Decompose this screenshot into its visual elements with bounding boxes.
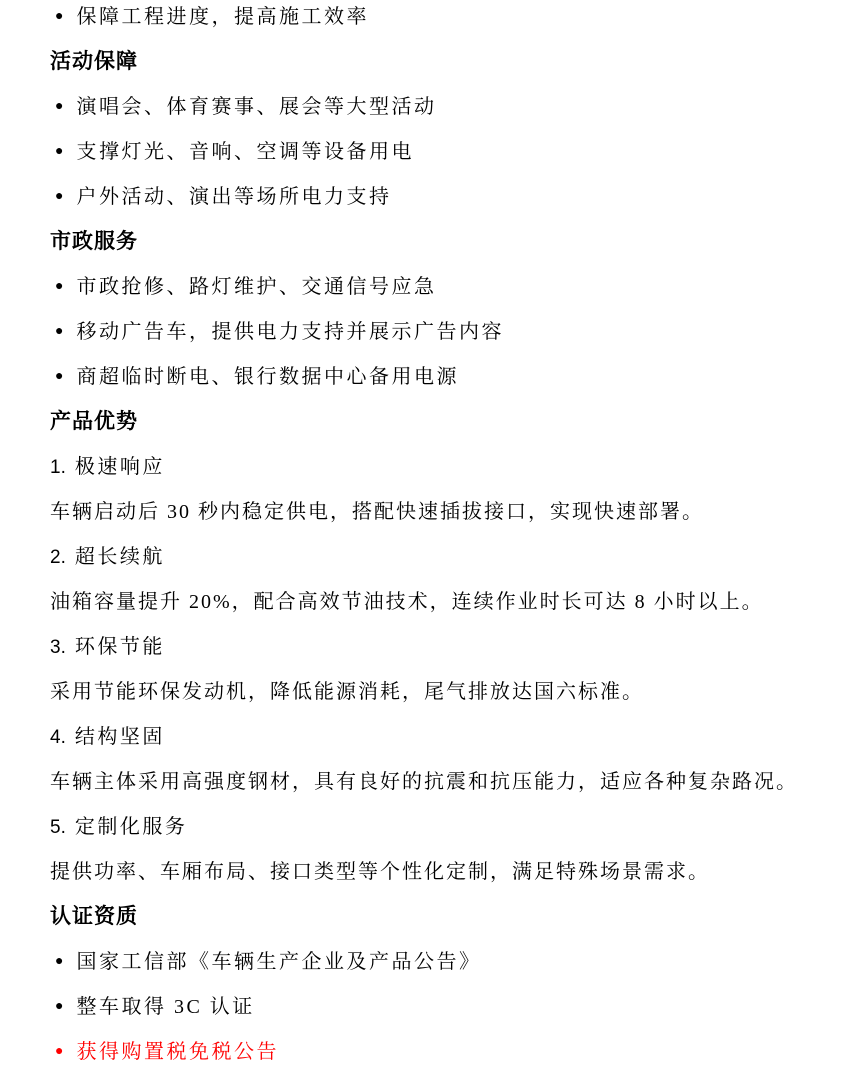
advantage-item-desc: 车辆主体采用高强度钢材，具有良好的抗震和抗压能力，适应各种复杂路况。 [50,771,820,793]
list-item-text: 商超临时断电、银行数据中心备用电源 [76,366,459,388]
advantage-item-title: 2.超长续航 [50,546,820,568]
bullet-icon: ● [55,276,63,298]
list-item-text: 市政抢修、路灯维护、交通信号应急 [76,276,436,298]
bullet-icon: ● [55,366,63,388]
list-item-text: 保障工程进度，提高施工效率 [76,6,369,28]
advantage-number: 3. [50,637,66,658]
advantage-title-text: 结构坚固 [75,726,165,748]
bullet-icon: ● [55,186,63,208]
advantage-item-desc: 提供功率、车厢布局、接口类型等个性化定制，满足特殊场景需求。 [50,861,820,883]
cert-list-item: ● 整车取得 3C 认证 [50,996,820,1018]
heading-event-support: 活动保障 [50,51,820,73]
bullet-icon: ● [55,96,63,118]
cert-item-text: 整车取得 3C 认证 [76,996,254,1018]
advantage-item-desc: 车辆启动后 30 秒内稳定供电，搭配快速插拔接口，实现快速部署。 [50,501,820,523]
bullet-icon: ● [55,996,63,1018]
list-item: ● 演唱会、体育赛事、展会等大型活动 [50,96,820,118]
heading-municipal-services: 市政服务 [50,231,820,253]
bullet-icon: ● [55,1041,63,1063]
list-item: ● 市政抢修、路灯维护、交通信号应急 [50,276,820,298]
list-item-text: 移动广告车，提供电力支持并展示广告内容 [76,321,504,343]
advantage-item-title: 5.定制化服务 [50,816,820,838]
list-item: ● 户外活动、演出等场所电力支持 [50,186,820,208]
cert-item-text: 国家工信部《车辆生产企业及产品公告》 [76,951,481,973]
list-item: ● 商超临时断电、银行数据中心备用电源 [50,366,820,388]
bullet-icon: ● [55,6,63,28]
document-page: ● 保障工程进度，提高施工效率 活动保障 ● 演唱会、体育赛事、展会等大型活动 … [0,0,860,1074]
cert-list-item: ● 国家工信部《车辆生产企业及产品公告》 [50,951,820,973]
list-item-text: 户外活动、演出等场所电力支持 [76,186,391,208]
advantage-number: 5. [50,817,66,838]
list-item: ● 保障工程进度，提高施工效率 [50,6,820,28]
advantage-item-desc: 采用节能环保发动机，降低能源消耗，尾气排放达国六标准。 [50,681,820,703]
list-item: ● 支撑灯光、音响、空调等设备用电 [50,141,820,163]
heading-certifications: 认证资质 [50,906,820,928]
advantage-number: 4. [50,727,66,748]
advantage-item-title: 4.结构坚固 [50,726,820,748]
advantage-title-text: 超长续航 [75,546,165,568]
advantage-number: 1. [50,457,66,478]
bullet-icon: ● [55,141,63,163]
bullet-icon: ● [55,321,63,343]
advantage-title-text: 定制化服务 [75,816,188,838]
bullet-icon: ● [55,951,63,973]
advantage-number: 2. [50,547,66,568]
list-item-text: 演唱会、体育赛事、展会等大型活动 [76,96,436,118]
cert-list-item-tax-exemption: ● 获得购置税免税公告 [50,1041,820,1063]
advantage-item-title: 3.环保节能 [50,636,820,658]
advantage-title-text: 环保节能 [75,636,165,658]
advantage-item-title: 1.极速响应 [50,456,820,478]
cert-item-text: 获得购置税免税公告 [76,1041,279,1063]
list-item-text: 支撑灯光、音响、空调等设备用电 [76,141,414,163]
advantage-title-text: 极速响应 [75,456,165,478]
list-item: ● 移动广告车，提供电力支持并展示广告内容 [50,321,820,343]
advantage-item-desc: 油箱容量提升 20%，配合高效节油技术，连续作业时长可达 8 小时以上。 [50,591,820,613]
heading-product-advantages: 产品优势 [50,411,820,433]
